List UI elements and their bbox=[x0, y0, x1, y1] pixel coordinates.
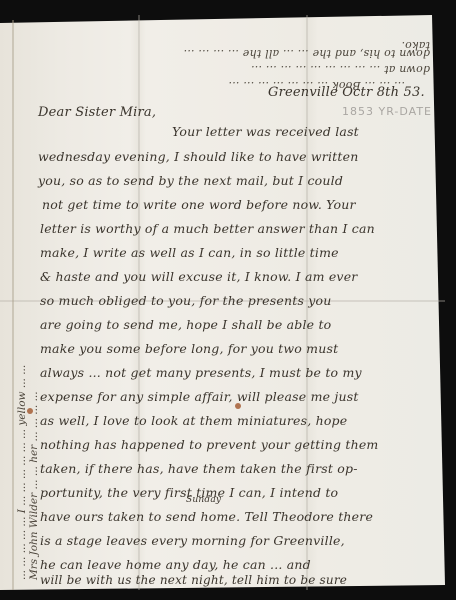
body-line: & haste and you will excuse it, I know. … bbox=[40, 269, 357, 284]
body-line: have ours taken to send home. Tell Theod… bbox=[40, 509, 373, 524]
body-line: make, I write as well as I can, in so li… bbox=[40, 245, 339, 260]
postscript-upside-line: down to his, and the ... ... all the ...… bbox=[30, 47, 430, 60]
body-line: always ... not get many presents, I must… bbox=[40, 365, 362, 380]
body-line: nothing has happened to prevent your get… bbox=[40, 437, 378, 452]
body-line: as well, I love to look at them miniatur… bbox=[40, 413, 347, 428]
margin-vertical-text: Mrs John Wilder ... ... her ... ... ... … bbox=[28, 391, 40, 580]
body-line: are going to send me, hope I shall be ab… bbox=[40, 317, 331, 332]
place-date: Greenville Octr 8th 53. bbox=[268, 85, 425, 100]
postscript-upside-line: down at ... ... ... ... ... ... ... ... … bbox=[251, 63, 430, 76]
body-line: expense for any simple affair, will plea… bbox=[40, 389, 359, 404]
body-line: Your letter was received last bbox=[172, 124, 359, 139]
body-line: taken, if there has, have them taken the… bbox=[40, 461, 358, 476]
ink-stain bbox=[27, 408, 33, 414]
ink-stain bbox=[235, 403, 241, 409]
body-line: wednesday evening, I should like to have… bbox=[38, 149, 358, 164]
pencil-note: 1853 YR-DATE bbox=[342, 105, 432, 118]
margin-fold-line bbox=[12, 20, 14, 590]
body-line: you, so as to send by the next mail, but… bbox=[38, 173, 343, 188]
body-line: is a stage leaves every morning for Gree… bbox=[40, 533, 345, 548]
body-line: not get time to write one word before no… bbox=[42, 197, 356, 212]
body-line: make you some before long, for you two m… bbox=[40, 341, 338, 356]
body-line: so much obliged to you, for the presents… bbox=[40, 293, 331, 308]
salutation: Dear Sister Mira, bbox=[38, 105, 156, 120]
inserted-word: Sunday bbox=[186, 495, 221, 505]
margin-vertical-text: ... ... ... ... ... I ... ... ... ... ..… bbox=[16, 110, 28, 580]
body-line: letter is worthy of a much better answer… bbox=[40, 221, 375, 236]
body-line: he can leave home any day, he can ... an… bbox=[40, 557, 311, 572]
